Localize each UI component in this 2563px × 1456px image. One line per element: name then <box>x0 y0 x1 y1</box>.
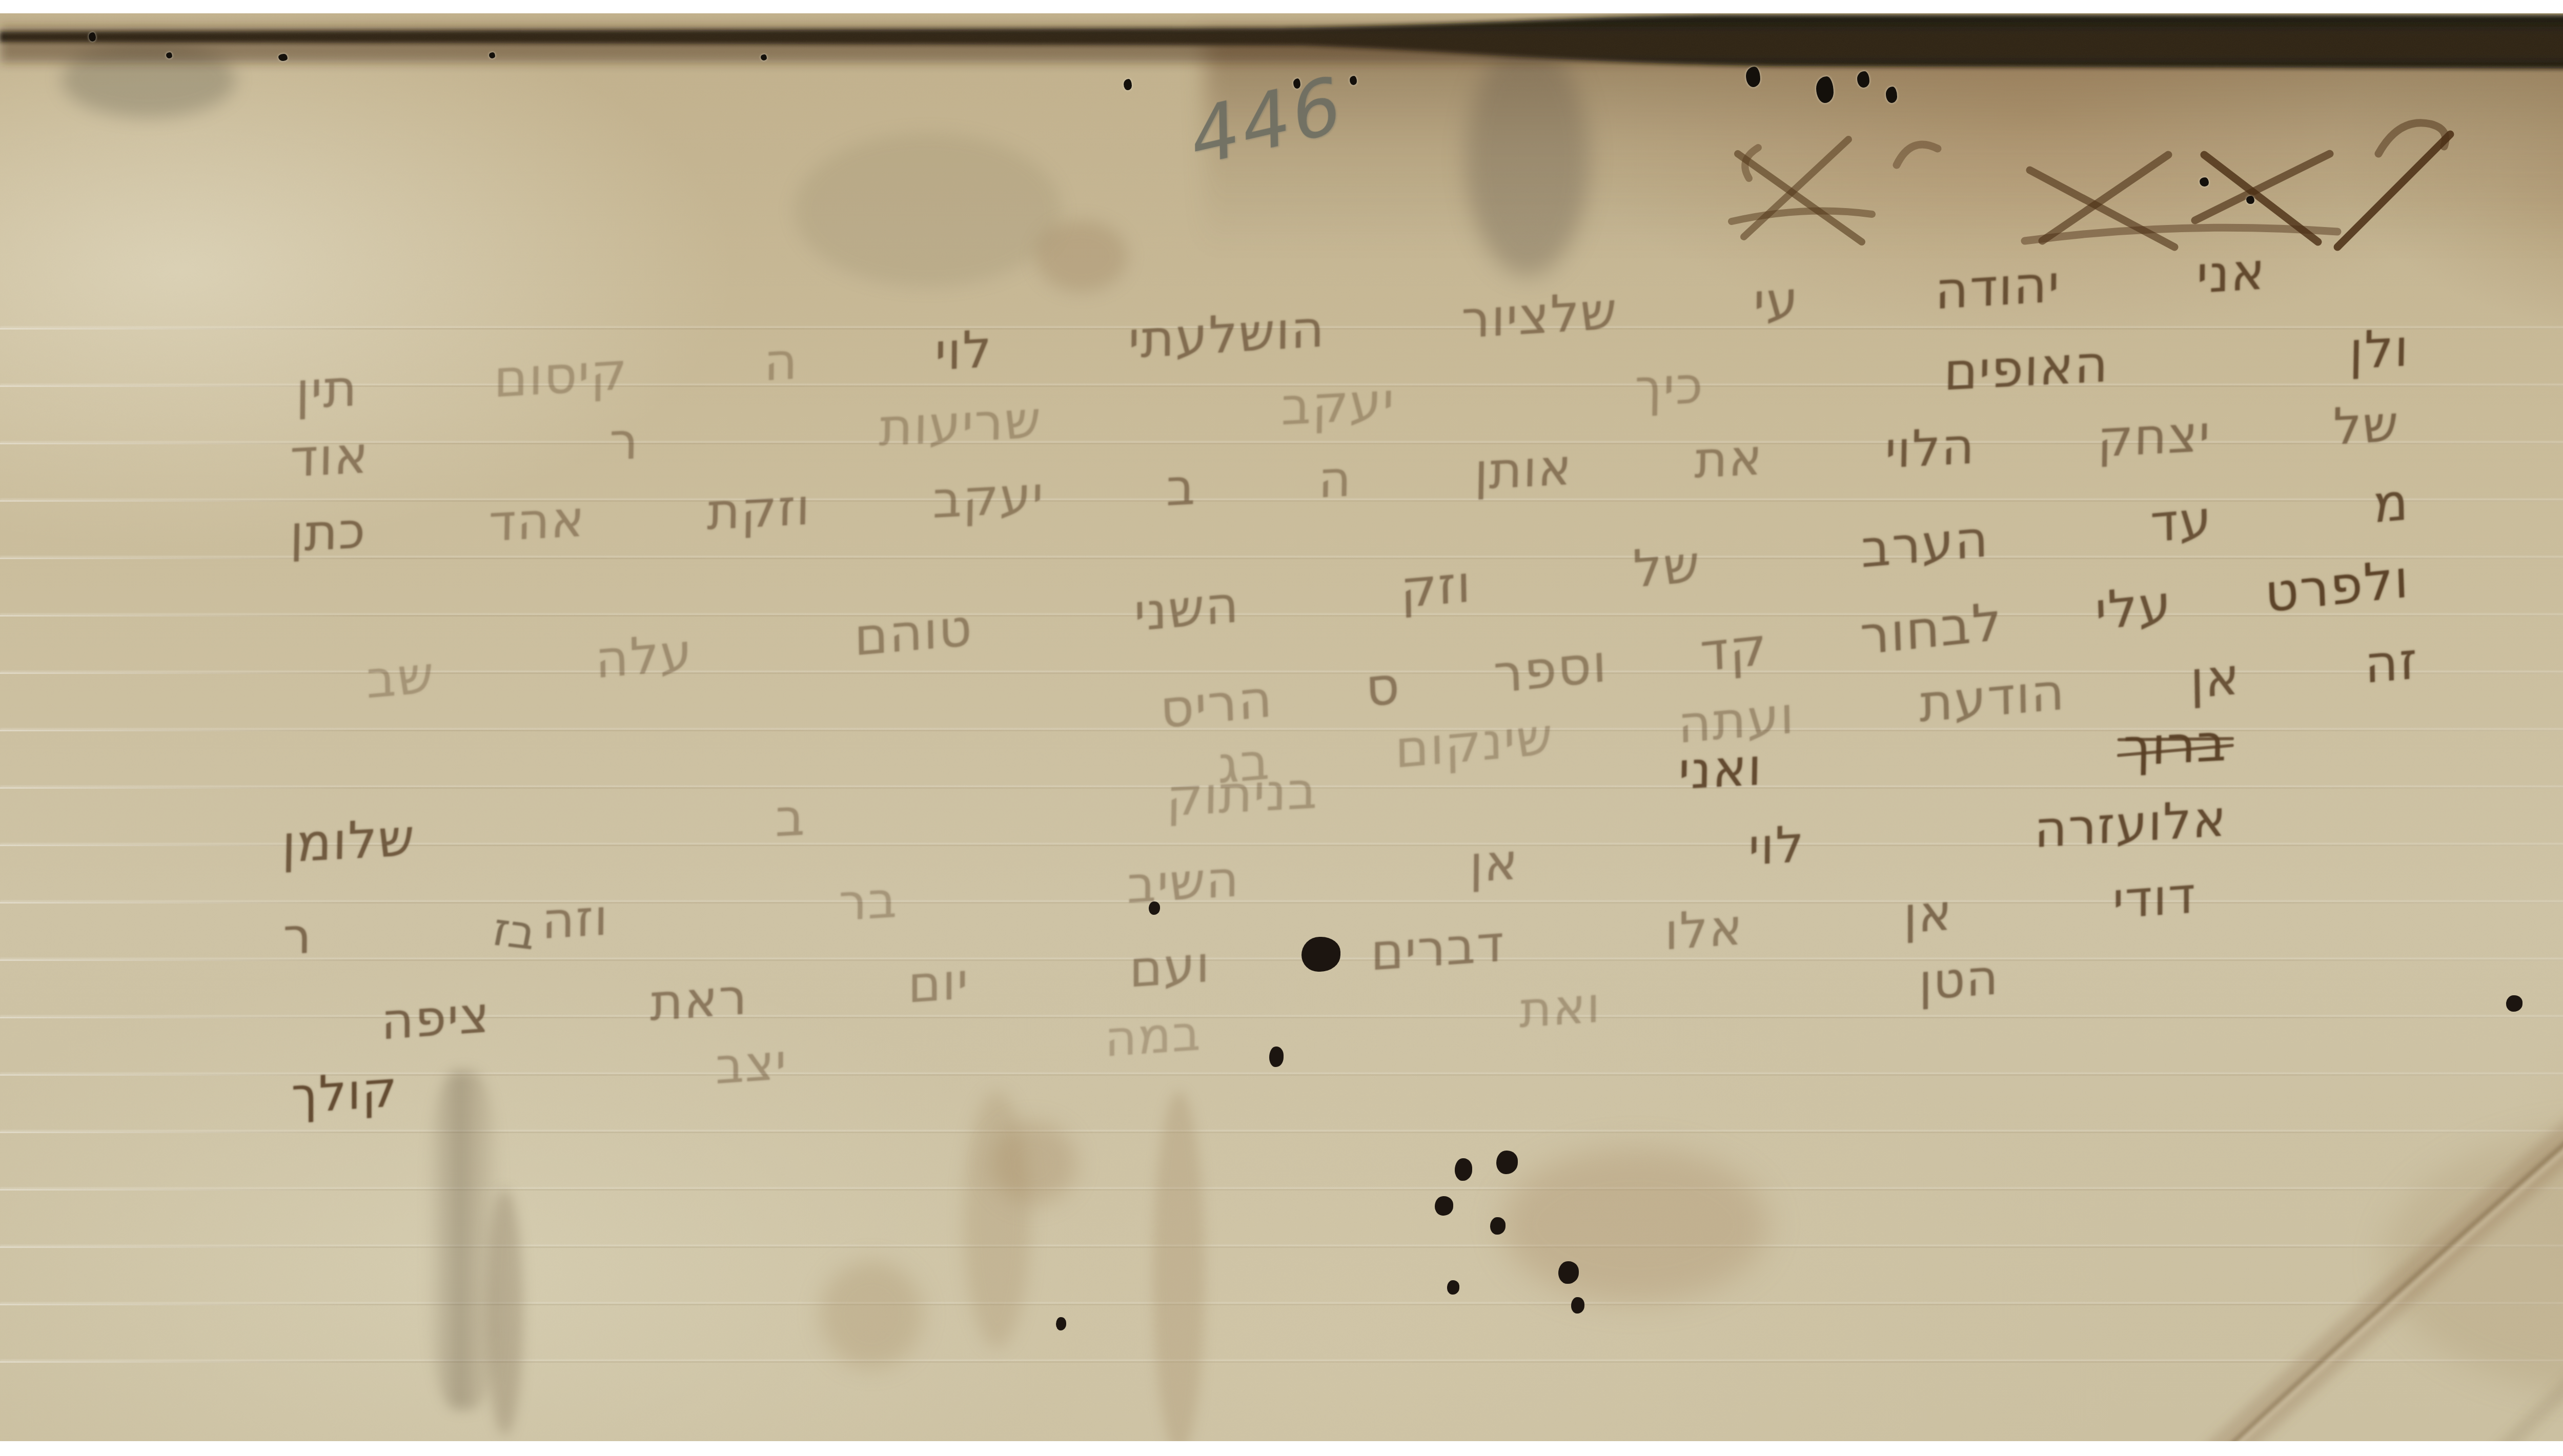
word: ולן <box>2349 318 2410 381</box>
parchment-hole <box>1886 87 1897 103</box>
word: אותן <box>1474 438 1573 501</box>
word: טוהם <box>854 597 973 667</box>
ruling-line <box>0 1361 2563 1363</box>
word: השיב <box>1127 850 1240 915</box>
word: אלו <box>1665 898 1744 962</box>
word: האופים <box>1943 334 2109 402</box>
ink-dot <box>1435 1196 1453 1216</box>
word: את <box>1694 428 1763 490</box>
ink-dot <box>1447 1280 1459 1295</box>
word: וזק <box>1400 553 1472 620</box>
word: וספר <box>1492 632 1608 706</box>
word: של <box>2332 395 2399 457</box>
photo-margin-bottom <box>0 1441 2563 1456</box>
word: לוי <box>1748 815 1805 877</box>
ink-dot <box>1571 1297 1584 1314</box>
word: במה <box>1105 1004 1202 1068</box>
word: יצב <box>716 1033 787 1095</box>
word: יהודה <box>1935 253 2061 321</box>
word: ועם <box>1129 935 1211 999</box>
word: אוד <box>290 424 370 488</box>
ruling-line <box>0 1189 2563 1191</box>
word: דברים <box>1371 914 1505 982</box>
word: בר <box>838 870 898 932</box>
ink-dot <box>1301 937 1340 972</box>
word: עי <box>1753 270 1799 333</box>
ink-dot <box>1149 901 1160 915</box>
word: יצחק <box>2097 404 2211 469</box>
word: כיך <box>1634 355 1704 418</box>
word: לוי <box>934 319 992 382</box>
photo-margin-top <box>0 0 2563 13</box>
word: תין <box>296 357 358 421</box>
parchment-hole <box>1816 76 1834 103</box>
word: הריס <box>1159 668 1274 741</box>
word: יעקב <box>932 465 1045 530</box>
word: כתן <box>290 501 367 564</box>
ink-dot <box>1269 1047 1284 1067</box>
parchment-hole <box>278 54 288 61</box>
word: אן <box>2189 646 2241 710</box>
word: עלי <box>2094 573 2173 643</box>
parchment-hole <box>1293 78 1300 89</box>
word: וזקת <box>707 478 811 542</box>
word: ה <box>764 331 799 393</box>
word: אהד <box>488 489 586 553</box>
manuscript-scan: 446 אנייהודהעישלציורהושלעתילויהקיסוםתיןו… <box>0 0 2563 1456</box>
parchment-hole <box>489 52 495 58</box>
ruling-line <box>0 1246 2563 1248</box>
word: אן <box>1904 883 1953 945</box>
word: ואת <box>1519 976 1601 1039</box>
word: אן <box>1470 832 1519 894</box>
parchment-hole <box>761 54 767 60</box>
word: בניתוק <box>1166 760 1319 828</box>
word: עד <box>2150 488 2213 554</box>
word: הלוי <box>1884 417 1976 480</box>
parchment-hole <box>1350 76 1357 85</box>
word: ר <box>608 411 639 472</box>
word: יעקב <box>1281 371 1395 437</box>
word: ה <box>1318 449 1353 510</box>
ruling-line <box>0 1304 2563 1305</box>
ink-dot <box>1056 1317 1066 1330</box>
word: וזה <box>542 888 609 951</box>
parchment-hole <box>166 52 172 58</box>
word: זה <box>2364 630 2418 695</box>
word: דודי <box>2113 866 2196 931</box>
word: שלציור <box>1461 280 1618 350</box>
word: ואני <box>1678 736 1763 801</box>
ruling-line <box>0 1132 2563 1133</box>
word: הטן <box>1919 948 1999 1011</box>
word: יום <box>908 952 969 1015</box>
word: אלועזרה <box>2035 789 2228 859</box>
word: הערב <box>1861 508 1989 580</box>
word: מ <box>2373 471 2410 535</box>
parchment-hole <box>1746 67 1760 87</box>
word: ציפה <box>381 986 491 1052</box>
ink-dot <box>1496 1151 1518 1174</box>
ink-dot <box>1558 1261 1579 1284</box>
word: ר <box>283 906 313 967</box>
word: השני <box>1133 574 1240 643</box>
word: קיסום <box>494 341 628 409</box>
parchment-hole <box>1124 79 1132 90</box>
word: שריעות <box>879 389 1042 458</box>
ink-dot <box>1455 1158 1472 1181</box>
parchment-hole <box>2246 196 2254 204</box>
word: ב <box>1166 458 1197 518</box>
word: ס <box>1365 654 1401 719</box>
word: ברוך <box>2123 712 2228 778</box>
word: קולך <box>291 1060 398 1125</box>
word: אני <box>2196 241 2266 305</box>
word: עלה <box>595 622 694 690</box>
word: שב <box>366 644 435 710</box>
word: קד <box>1699 616 1768 684</box>
parchment-hole <box>2200 177 2209 187</box>
word: שלומן <box>281 807 416 874</box>
word: ראת <box>650 967 748 1033</box>
parchment-hole <box>89 32 96 42</box>
word: של <box>1632 534 1700 600</box>
word: הושלעתי <box>1128 298 1326 371</box>
word: ב <box>775 787 807 848</box>
ink-dot <box>2506 995 2523 1012</box>
parchment-hole <box>1857 71 1869 88</box>
ink-dot <box>1490 1217 1506 1235</box>
